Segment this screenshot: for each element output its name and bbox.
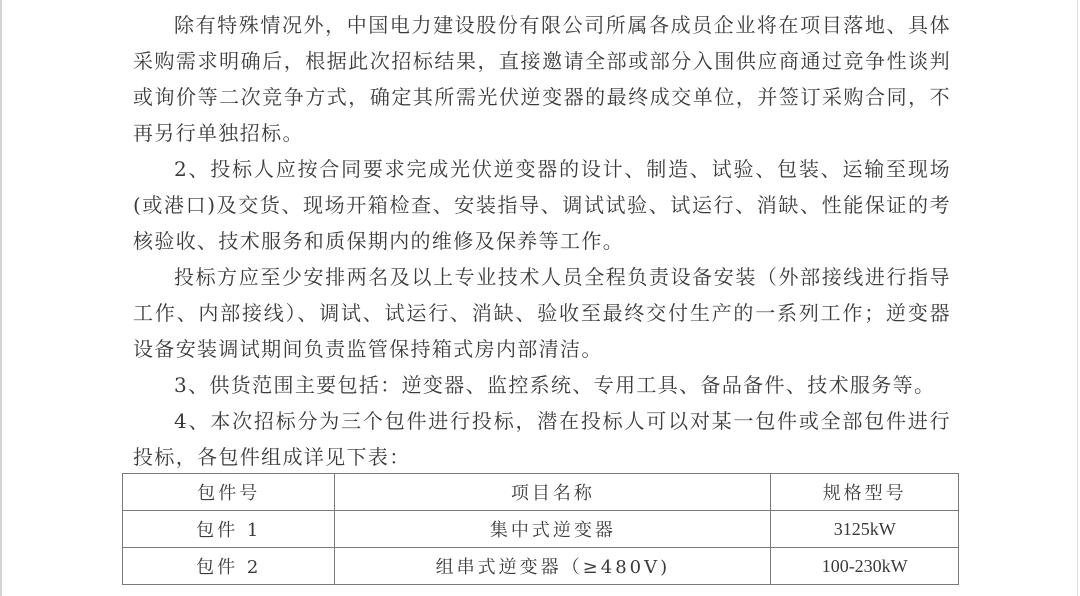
table-header-row: 包件号 项目名称 规格型号: [123, 474, 959, 511]
paragraph-clause-2: 2、投标人应按合同要求完成光伏逆变器的设计、制造、试验、包装、运输至现场(或港口…: [133, 151, 951, 259]
table-row: 包件 2 组串式逆变器（≥480V) 100-230kW: [123, 548, 959, 585]
table-row: 包件 1 集中式逆变器 3125kW: [123, 511, 959, 548]
paragraph-clause-3: 3、供货范围主要包括：逆变器、监控系统、专用工具、备品备件、技术服务等。: [133, 367, 951, 403]
paragraph-clause-4: 4、本次招标分为三个包件进行投标，潜在投标人可以对某一包件或全部包件进行投标，各…: [133, 403, 951, 475]
document-body: 除有特殊情况外，中国电力建设股份有限公司所属各成员企业将在项目落地、具体采购需求…: [133, 7, 951, 475]
cell-package-no: 包件 2: [123, 548, 335, 585]
cell-item-name: 组串式逆变器（≥480V): [335, 548, 771, 585]
header-package-no: 包件号: [123, 474, 335, 511]
cell-spec-model: 3125kW: [771, 511, 959, 548]
cell-spec-model: 100-230kW: [771, 548, 959, 585]
header-item-name: 项目名称: [335, 474, 771, 511]
page-edge-right: [1077, 0, 1078, 596]
cell-package-no: 包件 1: [123, 511, 335, 548]
header-spec-model: 规格型号: [771, 474, 959, 511]
paragraph-intro-continuation: 除有特殊情况外，中国电力建设股份有限公司所属各成员企业将在项目落地、具体采购需求…: [133, 7, 951, 151]
paragraph-clause-2-staffing: 投标方应至少安排两名及以上专业技术人员全程负责设备安装（外部接线进行指导工作、内…: [133, 259, 951, 367]
page-edge-left: [0, 0, 2, 596]
package-spec-table: 包件号 项目名称 规格型号 包件 1 集中式逆变器 3125kW 包件 2 组串…: [122, 473, 959, 585]
cell-item-name: 集中式逆变器: [335, 511, 771, 548]
